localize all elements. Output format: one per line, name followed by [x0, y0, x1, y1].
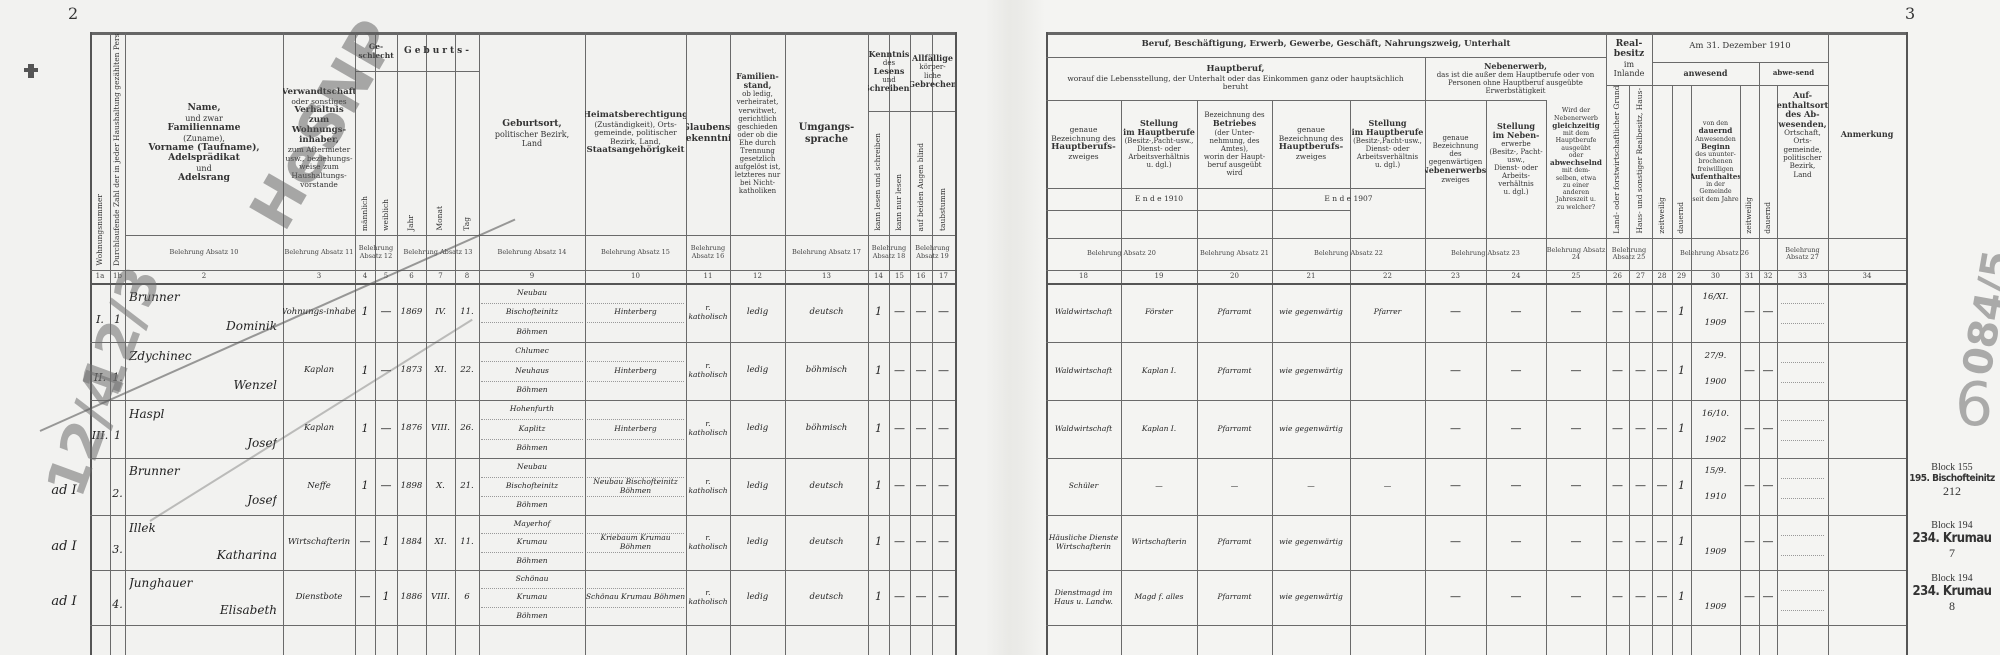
cell-c25: —: [1546, 342, 1606, 400]
cross-mark-bar-icon: [24, 68, 38, 72]
header-col-25-line: Hauptberufe: [1556, 137, 1597, 144]
header-col-20-line: Amtes),: [1221, 145, 1248, 153]
cell-status: ledig: [730, 283, 785, 342]
header-col-24-line: im Neben-: [1493, 131, 1540, 140]
cell-c29: 1: [1672, 283, 1691, 342]
column-number: 18: [1046, 270, 1121, 283]
cell-c29: 1: [1672, 458, 1691, 515]
belehrung-b20: Belehrung Absatz 20: [1046, 238, 1197, 270]
cell-person-number: 2.: [110, 473, 125, 515]
header-col-30-line: Beginn: [1701, 143, 1730, 151]
cell-c25: —: [1546, 283, 1606, 342]
column-number: 8: [455, 270, 479, 283]
column-number: 32: [1759, 270, 1777, 283]
nebenerwerb-title: Nebenerwerb,: [1484, 62, 1547, 71]
header-col-24-line: erwerbe: [1501, 140, 1531, 148]
header-col-20-line: nehmung, des: [1210, 137, 1260, 145]
header-col-29: dauernd: [1672, 85, 1691, 238]
header-col-2-line: Familienname: [168, 123, 241, 134]
header-col-12-line: Trennung: [740, 147, 775, 155]
cell-c26: —: [1606, 458, 1629, 515]
cell-c15: —: [889, 283, 910, 342]
cell-birthplace-line: Böhmen: [481, 552, 583, 570]
cell-c29: 1: [1672, 342, 1691, 400]
grid-hline: [1781, 382, 1824, 383]
header-col-8-text: Tag: [463, 217, 472, 231]
cell-c15: —: [889, 342, 910, 400]
header-realbesitz-line: besitz: [1614, 49, 1644, 60]
header-col-17-text: taubstumm: [939, 188, 948, 231]
cell-language: böhmisch: [785, 400, 868, 458]
header-col-22-line: Dienst- oder: [1366, 145, 1410, 153]
header-col-9-line: Land: [522, 139, 542, 148]
cell-religion: r. katholisch: [686, 400, 730, 458]
column-number: 33: [1777, 270, 1828, 283]
cell-c15: —: [889, 400, 910, 458]
cell-birthplace-line: Hohenfurth: [481, 400, 583, 419]
cell-c31: —: [1740, 400, 1759, 458]
header-col-33: Auf-enthaltsortdes Ab-wesenden,Ortschaft…: [1777, 32, 1828, 238]
header-col-5-text: weiblich: [382, 199, 391, 231]
header-col-9-line: Geburtsort,: [502, 119, 561, 130]
cell-c24: —: [1486, 400, 1546, 458]
header-col-6: Jahr: [397, 71, 426, 235]
header-col-12-line: oder ob die: [737, 131, 777, 139]
cell-c23: —: [1425, 570, 1486, 625]
column-number: 30: [1691, 270, 1740, 283]
header-col-25-line: mit dem-: [1562, 167, 1590, 174]
grid-hline: [90, 625, 955, 626]
column-number: 1a: [90, 270, 110, 283]
cell-c19: Kaplan I.: [1121, 342, 1197, 400]
column-number: 19: [1121, 270, 1197, 283]
cell-stay-since-year: 1910: [1691, 481, 1740, 516]
header-kenntnis-line: Kenntnis: [869, 50, 910, 59]
margin-note: ad I: [40, 525, 88, 570]
cell-year: 1876: [397, 400, 426, 458]
header-col-12-line: Ehe durch: [739, 139, 776, 147]
cell-person-number: 1: [110, 415, 125, 458]
cell-day: 21.: [455, 458, 479, 515]
margin-note: [40, 352, 88, 400]
cell-c25: —: [1546, 570, 1606, 625]
column-number: 23: [1425, 270, 1486, 283]
cell-c14: 1: [868, 570, 889, 625]
header-col-26: Land- oder forstwirtschaftlicher Grundbe…: [1606, 85, 1629, 238]
cell-dwelling-number: [90, 530, 110, 570]
header-col-9-line: politischer Bezirk,: [495, 130, 569, 139]
header-col-19: Stellungim Hauptberufe(Besitz-,Pacht-usw…: [1121, 100, 1197, 188]
stamp-block-label: Block 194: [1906, 573, 1998, 584]
header-col-23-line: zweiges: [1441, 176, 1469, 184]
header-col-12: Familien-stand,ob ledig,verheiratet,verw…: [730, 32, 785, 235]
margin-note: [40, 410, 88, 458]
grid-hline: [1781, 535, 1824, 536]
cell-status: ledig: [730, 515, 785, 570]
header-col-25: Wird derNebenerwerbgleichzeitigmit demHa…: [1546, 80, 1606, 238]
cell-given-name: Katharina: [125, 543, 277, 571]
cell-heimat: Neubau Bischofteinitz Böhmen: [585, 458, 686, 515]
cell-year: 1886: [397, 570, 426, 625]
cell-c26: —: [1606, 570, 1629, 625]
header-col-18: genaueBezeichnung desHauptberufs-zweiges: [1046, 100, 1121, 188]
cell-given-name: Wenzel: [125, 371, 277, 400]
header-col-24-line: Arbeits-: [1502, 172, 1530, 180]
header-col-32-text: dauernd: [1764, 202, 1773, 234]
header-col-1a: Wohnungsnummer: [90, 34, 110, 270]
margin-note: ad I: [40, 580, 88, 625]
cell-m: —: [355, 570, 375, 625]
header-col-24-line: Dienst- oder: [1494, 164, 1538, 172]
stamp-place: 234. Krumau: [1906, 531, 1998, 546]
cell-c20: Pfarramt: [1197, 342, 1272, 400]
header-col-1b: Durchlaufende Zahl der in jeder Haushalt…: [110, 34, 125, 270]
cell-c28: —: [1652, 342, 1672, 400]
cell-c28: —: [1652, 458, 1672, 515]
cell-c19: Wirtschafterin: [1121, 515, 1197, 570]
header-col-34: Anmerkung: [1828, 32, 1906, 238]
cell-c20: Pfarramt: [1197, 283, 1272, 342]
cell-c32: —: [1759, 283, 1777, 342]
header-col-28-text: zeitweilig: [1658, 197, 1667, 234]
header-col-12-line: ob ledig,: [742, 90, 773, 98]
cell-religion: r. katholisch: [686, 458, 730, 515]
cell-heimat: Hinterberg: [585, 400, 686, 458]
cell-heimat: Hinterberg: [585, 283, 686, 342]
column-number: 24: [1486, 270, 1546, 283]
header-col-20-line: Betriebes: [1213, 119, 1256, 128]
header-kenntnis-line: Lesens: [874, 67, 905, 76]
header-col-30-line: dauernd: [1699, 127, 1733, 135]
header-col-17: taubstumm: [932, 111, 955, 235]
cell-c31: —: [1740, 570, 1759, 625]
cell-relation: Wohnungs-inhaber: [283, 283, 355, 342]
header-col-11-line: bekenntnis: [686, 134, 730, 145]
grid-hline: [1781, 323, 1824, 324]
cell-c20: —: [1197, 458, 1272, 515]
cell-stay-since-year: 1909: [1691, 307, 1740, 343]
header-col-25-line: Jahreszeit u.: [1556, 196, 1596, 203]
column-number: 31: [1740, 270, 1759, 283]
cell-religion: r. katholisch: [686, 570, 730, 625]
header-col-25-line: gleichzeitig: [1552, 122, 1599, 130]
header-col-23: genaueBezeichnungdesgegenwärtigenNebener…: [1425, 100, 1486, 218]
header-col-10: Heimatsberechtigung(Zuständigkeit), Orts…: [585, 32, 686, 235]
cell-stay-since-year: 1902: [1691, 423, 1740, 458]
column-number: 10: [585, 270, 686, 283]
cell-c16: —: [910, 283, 932, 342]
header-col-7-text: Monat: [436, 206, 445, 231]
page-number-right: 3: [1905, 4, 1915, 23]
header-col-22-line: im Hauptberufe: [1352, 128, 1424, 137]
belehrung-b16: Belehrung Absatz 16: [686, 235, 730, 270]
cell-religion: r. katholisch: [686, 515, 730, 570]
cell-c22: [1350, 400, 1425, 458]
header-col-23-line: Nebenerwerbs-: [1425, 166, 1486, 175]
cell-c24: —: [1486, 283, 1546, 342]
margin-note: ad I: [40, 468, 88, 515]
grid-hline: [1046, 625, 1906, 626]
header-gebrechen-line: Gebrechen: [910, 80, 955, 89]
header-col-13-line: sprache: [805, 134, 848, 145]
header-col-11: Glaubens-bekenntnis: [686, 32, 730, 235]
cell-month: VIII.: [426, 570, 455, 625]
header-anwesend: anwesend: [1652, 62, 1759, 85]
cell-birthplace-line: Bischofteinitz: [481, 477, 583, 496]
cell-c28: —: [1652, 570, 1672, 625]
cell-birthplace-line: Kaplitz: [481, 419, 583, 438]
cell-birthplace-line: Krumau: [481, 588, 583, 606]
belehrung-b19: Belehrung Absatz 19: [910, 235, 955, 270]
cell-c17: —: [932, 570, 955, 625]
header-col-5: weiblich: [375, 71, 397, 235]
header-col-22-line: Arbeitsverhältnis: [1357, 153, 1418, 161]
block-stamp: Block 194234. Krumau8: [1906, 573, 1998, 614]
cell-birthplace-line: Böhmen: [481, 607, 583, 625]
header-col-7: Monat: [426, 71, 455, 235]
cell-language: deutsch: [785, 458, 868, 515]
cell-c29: 1: [1672, 400, 1691, 458]
cell-birthplace-line: Böhmen: [481, 496, 583, 515]
cell-c21: wie gegenwärtig: [1272, 400, 1350, 458]
belehrung-b17: Belehrung Absatz 17: [785, 235, 868, 270]
grid-hline: [1046, 210, 1350, 211]
cell-c21: wie gegenwärtig: [1272, 515, 1350, 570]
cell-c15: —: [889, 515, 910, 570]
column-number: 28: [1652, 270, 1672, 283]
cell-c24: —: [1486, 342, 1546, 400]
cell-c18: Dienstmagd im Haus u. Landw.: [1046, 570, 1121, 625]
cell-c19: Magd f. alles: [1121, 570, 1197, 625]
header-col-16-text: auf beiden Augen blind: [917, 143, 926, 231]
cell-day: 26.: [455, 400, 479, 458]
cell-c18: Waldwirtschaft: [1046, 342, 1121, 400]
cell-c29: 1: [1672, 515, 1691, 570]
cell-surname: Junghauer: [129, 570, 283, 598]
header-col-15: kann nur lesen: [889, 111, 910, 235]
header-col-27: Haus- und sonstiger Realbesitz, Haus- un…: [1629, 85, 1652, 238]
cell-f: 1: [375, 515, 397, 570]
belehrung-b15: Belehrung Absatz 15: [585, 235, 686, 270]
block-stamp: Block 194234. Krumau7: [1906, 520, 1998, 561]
cell-language: böhmisch: [785, 342, 868, 400]
cell-c15: —: [889, 458, 910, 515]
header-col-22-line: (Besitz-,Pacht-usw.,: [1353, 137, 1422, 145]
cell-c15: —: [889, 570, 910, 625]
cell-c21: wie gegenwärtig: [1272, 283, 1350, 342]
header-col-25-line: Wird der: [1562, 107, 1590, 114]
cell-month: VIII.: [426, 400, 455, 458]
grid-hline: [1781, 362, 1824, 363]
header-col-18-line: zweiges: [1068, 153, 1098, 162]
header-col-19-line: Arbeitsverhältnis: [1128, 153, 1189, 161]
cell-c14: 1: [868, 283, 889, 342]
cell-c27: —: [1629, 283, 1652, 342]
cell-c27: —: [1629, 342, 1652, 400]
cell-relation: Dienstbote: [283, 570, 355, 625]
header-col-19-line: (Besitz-,Pacht-usw.,: [1125, 137, 1194, 145]
header-col-1a-text: Wohnungsnummer: [96, 194, 105, 266]
header-col-12-line: letzteres nur: [735, 171, 781, 179]
cell-birthplace-line: Neubau: [481, 458, 583, 477]
cell-day: 6: [455, 570, 479, 625]
cell-c32: —: [1759, 515, 1777, 570]
column-number: 16: [910, 270, 932, 283]
cell-year: 1869: [397, 283, 426, 342]
cell-status: ledig: [730, 570, 785, 625]
hauptberuf-sub: worauf die Lebensstellung, der Unterhalt…: [1047, 75, 1424, 92]
cell-status: ledig: [730, 342, 785, 400]
header-col-20: Bezeichnung desBetriebes(der Unter-nehmu…: [1197, 100, 1272, 188]
cell-relation: Kaplan: [283, 342, 355, 400]
cell-relation: Wirtschafterin: [283, 515, 355, 570]
header-col-12-line: aufgelöst ist,: [735, 163, 781, 171]
cell-birthplace-line: Neuhaus: [481, 361, 583, 380]
cell-c17: —: [932, 458, 955, 515]
stamp-number: 212: [1906, 484, 1998, 499]
cell-language: deutsch: [785, 515, 868, 570]
header-col-25-line: anderen: [1563, 189, 1589, 196]
cell-status: ledig: [730, 458, 785, 515]
cell-heimat: Schönau Krumau Böhmen: [585, 570, 686, 625]
cell-stay-since-year: 1909: [1691, 592, 1740, 626]
cell-c27: —: [1629, 570, 1652, 625]
column-number: 26: [1606, 270, 1629, 283]
cell-person-number: 4.: [110, 585, 125, 625]
cell-c28: —: [1652, 515, 1672, 570]
cell-stay-since-year: 1900: [1691, 365, 1740, 400]
cell-c16: —: [910, 570, 932, 625]
cell-c21: wie gegenwärtig: [1272, 570, 1350, 625]
cell-c18: Schüler: [1046, 458, 1121, 515]
grid-vline: [955, 32, 957, 655]
cell-status: ledig: [730, 400, 785, 458]
cell-c31: —: [1740, 283, 1759, 342]
header-col-22-line: u. dgl.): [1375, 161, 1400, 169]
cell-c21: —: [1272, 458, 1350, 515]
header-col-23-line: genaue: [1443, 134, 1469, 142]
cell-heimat: Hinterberg: [585, 342, 686, 400]
grid-hline: [1781, 555, 1824, 556]
column-number: 34: [1828, 270, 1906, 283]
header-col-25-line: abwechselnd: [1550, 159, 1602, 167]
cell-c26: —: [1606, 342, 1629, 400]
cell-surname: Haspl: [129, 400, 283, 429]
cell-day: 22.: [455, 342, 479, 400]
header-realbesitz-line: Inlande: [1614, 69, 1645, 78]
header-col-27-text: Haus- und sonstiger Realbesitz, Haus- un…: [1636, 85, 1645, 234]
header-col-24-line: (Besitz-, Pacht-: [1489, 148, 1542, 156]
cell-m: —: [355, 515, 375, 570]
cell-birthplace-line: Böhmen: [481, 381, 583, 400]
belehrung-b26: Belehrung Absatz 26: [1652, 238, 1777, 270]
header-col-12-line: verwitwet,: [739, 107, 777, 115]
header-col-19-line: im Hauptberufe: [1123, 128, 1195, 137]
cell-c32: —: [1759, 458, 1777, 515]
header-gebrechen-line: körper-: [919, 63, 945, 71]
cell-c20: Pfarramt: [1197, 570, 1272, 625]
header-col-19-line: Dienst- oder: [1137, 145, 1181, 153]
header-col-12-line: bei Nicht-: [740, 179, 775, 187]
cell-surname: Brunner: [129, 458, 283, 487]
column-number: 14: [868, 270, 889, 283]
grid-hline: [1781, 440, 1824, 441]
cell-day: 11.: [455, 283, 479, 342]
header-col-12-line: geschieden: [737, 123, 777, 131]
cell-c17: —: [932, 342, 955, 400]
header-col-23-line: Bezeichnung: [1433, 142, 1479, 150]
belehrung-b25: Belehrung Absatz 25: [1606, 238, 1652, 270]
header-col-12-line: gerichtlich: [738, 115, 776, 123]
cell-c25: —: [1546, 400, 1606, 458]
header-col-4: männlich: [355, 71, 375, 235]
cell-c16: —: [910, 515, 932, 570]
belehrung-b14: Belehrung Absatz 14: [479, 235, 585, 270]
header-col-22: Stellungim Hauptberufe(Besitz-,Pacht-usw…: [1350, 100, 1425, 188]
header-col-6-text: Jahr: [407, 215, 416, 231]
header-col-1b-text: Durchlaufende Zahl der in jeder Haushalt…: [113, 34, 122, 266]
header-col-30-line: seit dem Jahre: [1692, 196, 1738, 203]
header-col-32: dauernd: [1759, 85, 1777, 238]
header-col-13: Umgangs-sprache: [785, 32, 868, 235]
cell-c22: —: [1350, 458, 1425, 515]
header-realbesitz-line: im: [1624, 60, 1634, 69]
cell-f: —: [375, 400, 397, 458]
header-col-25-line: selben, etwa: [1556, 175, 1596, 182]
cell-dwelling-number: II.: [90, 357, 110, 400]
header-col-21: genaueBezeichnung desHauptberufs-zweiges: [1272, 100, 1350, 188]
cell-c16: —: [910, 400, 932, 458]
cell-relation: Neffe: [283, 458, 355, 515]
header-gebrechen-line: Allfällige: [912, 54, 953, 63]
grid-hline: [1781, 420, 1824, 421]
header-realbesitz: Real-besitzimInlande: [1606, 32, 1652, 85]
cell-f: —: [375, 458, 397, 515]
book-gutter: [985, 0, 1045, 655]
cell-c32: —: [1759, 400, 1777, 458]
cell-birthplace-line: Schönau: [481, 570, 583, 588]
belehrung-b11: Belehrung Absatz 11: [283, 235, 355, 270]
column-number: 20: [1197, 270, 1272, 283]
header-col-33-line: Land: [1793, 171, 1811, 179]
column-number: 3: [283, 270, 355, 283]
header-ende-1907: E n d e 1907: [1272, 188, 1425, 210]
header-col-31-text: zeitweilig: [1745, 197, 1754, 234]
stamp-place: 234. Krumau: [1906, 584, 1998, 599]
header-col-25-line: mit dem: [1563, 130, 1589, 137]
stamp-place: 195. Bischofteinitz: [1906, 473, 1998, 484]
cell-c23: —: [1425, 283, 1486, 342]
cell-c16: —: [910, 342, 932, 400]
header-col-2-line: Adelsprädikat: [168, 153, 240, 164]
cell-c14: 1: [868, 342, 889, 400]
cell-dwelling-number: [90, 473, 110, 515]
cell-c18: Häusliche Dienste Wirtschafterin: [1046, 515, 1121, 570]
header-col-9: Geburtsort,politischer Bezirk,Land: [479, 32, 585, 235]
cell-f: —: [375, 283, 397, 342]
column-number: 29: [1672, 270, 1691, 283]
header-col-3: Verwandtschaftoder sonstigesVerhältniszu…: [283, 42, 355, 235]
grid-hline: [1781, 498, 1824, 499]
cell-c31: —: [1740, 342, 1759, 400]
belehrung-b24: Belehrung Absatz 24: [1546, 238, 1606, 270]
cell-heimat: Kriebaum Krumau Böhmen: [585, 515, 686, 570]
cell-c32: —: [1759, 570, 1777, 625]
cell-dwelling-number: III.: [90, 415, 110, 458]
belehrung-b22: Belehrung Absatz 22: [1272, 238, 1425, 270]
stamp-block-label: Block 194: [1906, 520, 1998, 531]
cell-c18: Waldwirtschaft: [1046, 400, 1121, 458]
